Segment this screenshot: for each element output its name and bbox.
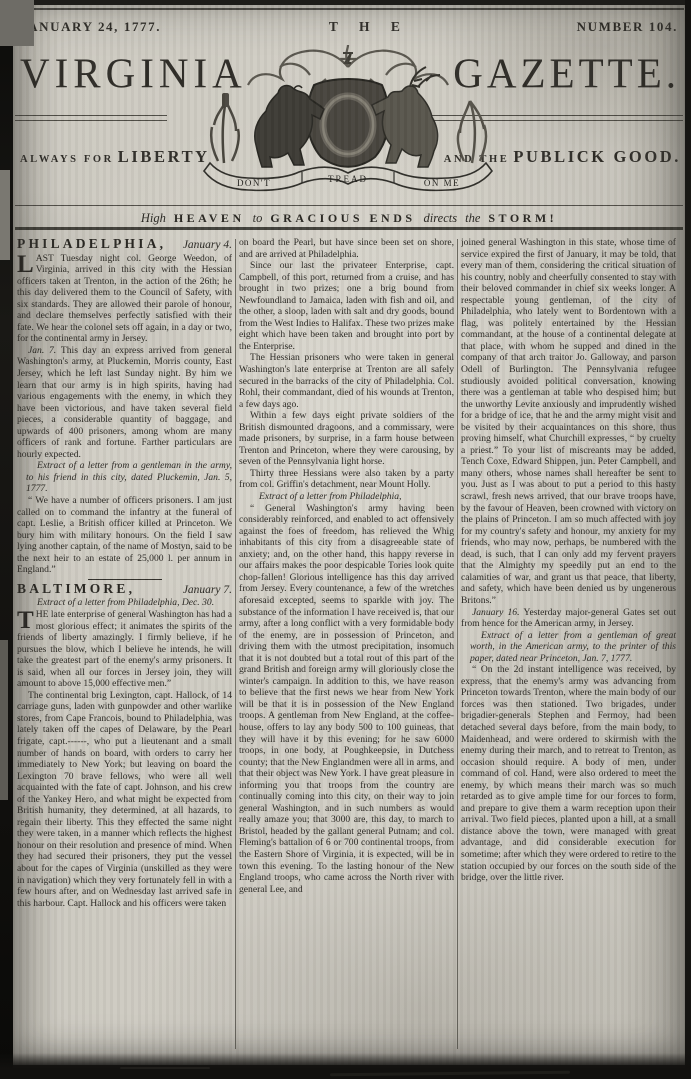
article-paragraph: on board the Pearl, but have since been … (239, 237, 454, 260)
article-paragraph: Thirty three Hessians were also taken by… (239, 468, 454, 491)
crest-stag-antlers (410, 67, 440, 87)
article-paragraph: “ On the 2d instant intelligence was rec… (461, 664, 676, 883)
article-paragraph: joined general Washington in this state,… (461, 237, 676, 607)
motto-word: to (253, 211, 263, 225)
motto-word: HEAVEN (174, 211, 245, 225)
issue-date: JANUARY 24, 1777. (20, 19, 161, 35)
scan-edge-left (0, 0, 13, 1079)
article-paragraph: Within a few days eight private soldiers… (239, 410, 454, 468)
crest-right-plant (458, 101, 486, 163)
motto-word: High (141, 211, 166, 225)
masthead-top-row: JANUARY 24, 1777. T H E NUMBER 104. (20, 19, 678, 35)
motto-rule-bottom (15, 227, 683, 230)
masthead-the: T H E (161, 19, 577, 35)
article-opening-paragraph: LAST Tuesday night col. George Weedon, o… (17, 253, 232, 345)
slogan-left: ALWAYS FOR LIBERTY (20, 147, 210, 167)
article-paragraph: January 16. Yesterday major-general Gate… (461, 607, 676, 630)
motto-line: HighHEAVENtoGRACIOUS ENDSdirectstheSTORM… (12, 209, 686, 227)
column-divider-2 (457, 239, 458, 1049)
motto-rule-top (15, 205, 683, 206)
slogan-right-big: PUBLICK GOOD. (513, 147, 681, 166)
article-dateline: BALTIMORE,January 7. (17, 583, 232, 597)
article-paragraph: The Hessian prisoners who were taken in … (239, 352, 454, 410)
scan-edge-patch-2 (0, 640, 8, 800)
paragraph-lead-date: January 16. (472, 607, 524, 618)
drop-cap: T (17, 609, 36, 631)
scan-corner-patch (0, 0, 34, 46)
ribbon-text-tread: TREAD (328, 174, 368, 184)
motto-word: the (465, 211, 480, 225)
article-paragraph: Since our last the privateer Enterprise,… (239, 260, 454, 352)
crest-left-plant (211, 93, 239, 163)
section-rule (88, 579, 162, 580)
motto-word: STORM! (488, 211, 557, 225)
drop-cap: L (17, 253, 36, 275)
slogan-left-small: ALWAYS FOR (20, 154, 114, 165)
extract-heading: Extract of a letter from Philadelphia, D… (17, 597, 232, 609)
article-columns: PHILADELPHIA,January 4.LAST Tuesday nigh… (17, 235, 685, 1063)
article-dateline: PHILADELPHIA,January 4. (17, 238, 232, 252)
extract-heading: Extract of a letter from Philadelphia, (239, 491, 454, 503)
double-rule-left (15, 115, 167, 121)
scan-edge-patch-1 (0, 170, 10, 260)
dont-tread-on-me-crest-icon: DON'T TREAD ON ME (198, 45, 498, 207)
dateline-date: January 4. (183, 240, 232, 252)
motto-word: directs (424, 211, 458, 225)
article-paragraph: “ General Washington's army having been … (239, 503, 454, 896)
newspaper-page: JANUARY 24, 1777. T H E NUMBER 104. VIRG… (0, 0, 691, 1079)
extract-heading: Extract of a letter from a gentleman of … (461, 630, 676, 665)
column-3: joined general Washington in this state,… (461, 235, 676, 1063)
column-2: on board the Pearl, but have since been … (239, 235, 454, 1063)
motto-word: GRACIOUS ENDS (270, 211, 415, 225)
paragraph-lead-date: Jan. 7. (28, 345, 61, 356)
dateline-city: PHILADELPHIA, (17, 238, 166, 250)
column-1: PHILADELPHIA,January 4.LAST Tuesday nigh… (17, 235, 232, 1063)
article-paragraph: Jan. 7. This day an express arrived from… (17, 345, 232, 460)
article-paragraph: The continental brig Lexington, capt. Ha… (17, 690, 232, 909)
paper-sheet: JANUARY 24, 1777. T H E NUMBER 104. VIRG… (12, 5, 686, 1065)
article-opening-paragraph: THE late enterprise of general Washingto… (17, 609, 232, 690)
column-divider-1 (235, 239, 236, 1049)
scan-smudge (120, 1067, 210, 1069)
dateline-city: BALTIMORE, (17, 583, 135, 595)
extract-heading: Extract of a letter from a gentleman in … (17, 460, 232, 495)
issue-number: NUMBER 104. (577, 19, 678, 35)
ribbon-text-onme: ON ME (424, 178, 460, 188)
scan-edge-right (685, 0, 691, 1079)
slogan-left-big: LIBERTY (118, 147, 210, 166)
dateline-date: January 7. (183, 585, 232, 597)
ribbon-text-dont: DON'T (237, 178, 271, 188)
article-paragraph: “ We have a number of officers prisoners… (17, 495, 232, 576)
top-border-rule (14, 8, 684, 10)
